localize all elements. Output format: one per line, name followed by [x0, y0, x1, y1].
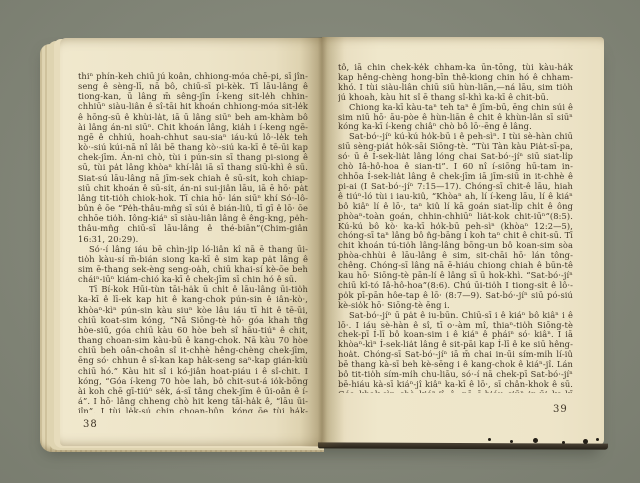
paragraph: tô, iā chin chek-ke̍k chham-ka ūn-tōng, …	[338, 63, 573, 103]
left-page-text: thiⁿ phín-keh chiū jú koân, chhiong-móa …	[78, 71, 308, 413]
paragraph: thiⁿ phín-keh chiū jú koân, chhiong-móa …	[78, 71, 308, 244]
paragraph: Só·-í lâng iáu bē chìn-ji̍p ló-liân kî n…	[78, 244, 308, 285]
book-cover-bottom-edge	[318, 442, 608, 449]
page-corner-specks	[488, 438, 491, 441]
paragraph: Sat-bó·-jíⁿ ū pa̍t ê iu-būn. Chiū-sī i ê…	[338, 311, 573, 393]
open-book: thiⁿ phín-keh chiū jú koân, chhiong-móa …	[0, 0, 640, 483]
page-number-right: 39	[553, 404, 568, 415]
paragraph: Tī Bí-kok Hūi-tùn tāi-ha̍k ū chi̍t ê lāu…	[78, 284, 308, 413]
right-page-text: tô, iā chin chek-ke̍k chham-ka ūn-tōng, …	[338, 63, 573, 393]
page-number-left: 38	[83, 419, 98, 430]
paragraph: Sat-bó·-jíⁿ kú-kú ho̍k-bū i ê peh-sìⁿ. I…	[338, 132, 573, 310]
paragraph: Chiong ka-kī kàu-taⁿ teh taⁿ ê jīm-bū, ē…	[338, 103, 573, 133]
